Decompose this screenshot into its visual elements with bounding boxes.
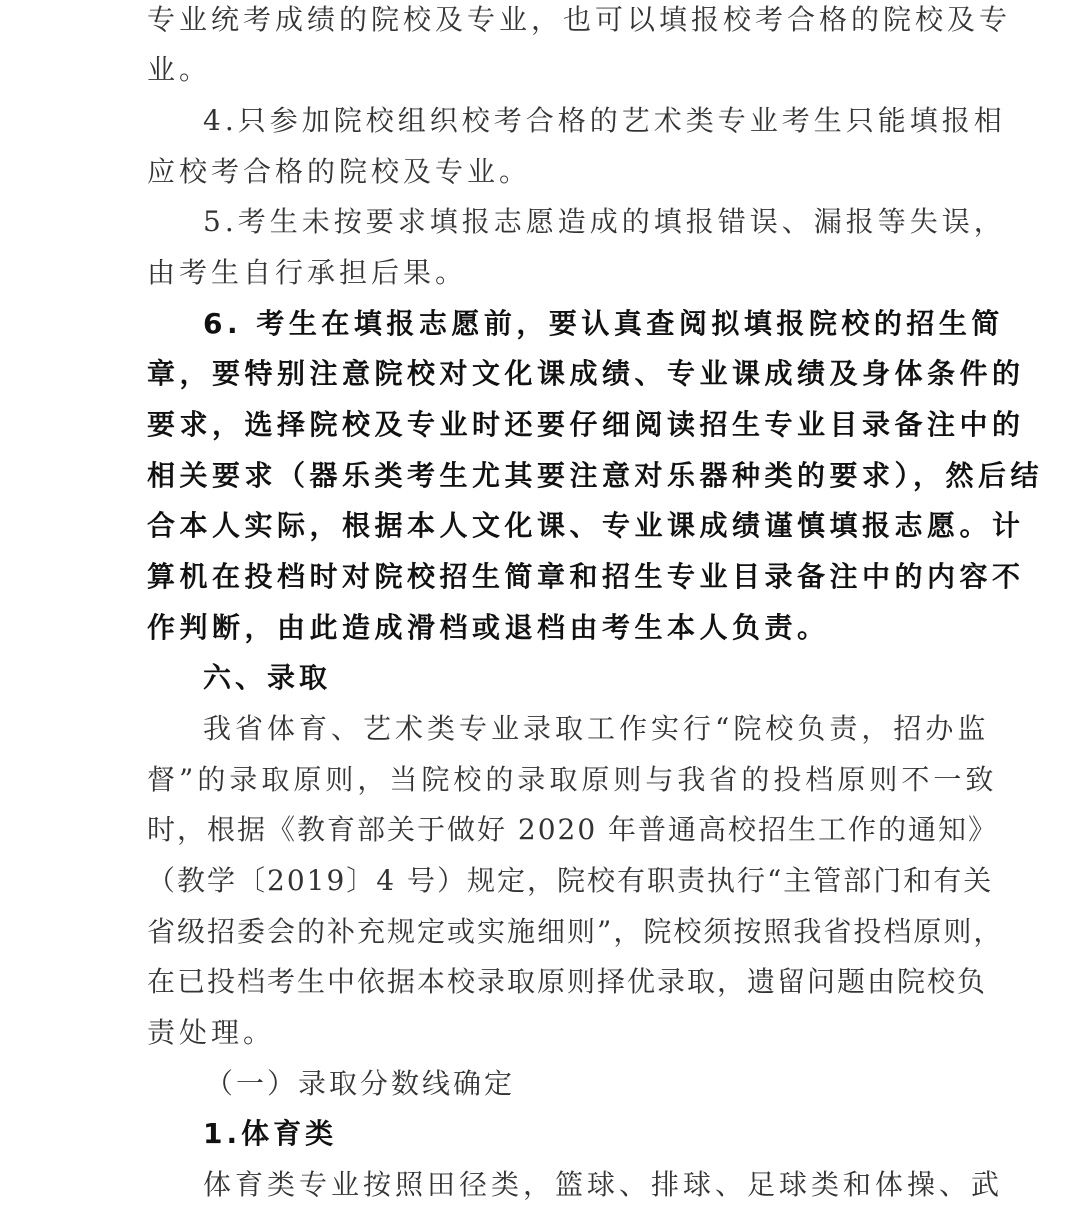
paragraph-line: 体育类专业按照田径类，篮球、排球、足球类和体操、武 — [203, 1165, 937, 1205]
bold-paragraph-line: 作判断，由此造成滑档或退档由考生本人负责。 — [147, 608, 937, 648]
paragraph-line: 由考生自行承担后果。 — [147, 253, 937, 293]
subsection-title: 1.体育类 — [203, 1114, 937, 1154]
paragraph-line: 应校考合格的院校及专业。 — [147, 152, 937, 192]
list-item-6-bold: 6. 考生在填报志愿前，要认真查阅拟填报院校的招生简 — [203, 304, 937, 344]
paragraph-line: 我省体育、艺术类专业录取工作实行“院校负责，招办监 — [203, 709, 937, 749]
bold-paragraph-line: 相关要求（器乐类考生尤其要注意对乐器种类的要求），然后结 — [147, 456, 937, 496]
paragraph-line: 在已投档考生中依据本校录取原则择优录取，遗留问题由院校负 — [147, 962, 937, 1002]
bold-paragraph-line: 合本人实际，根据本人文化课、专业课成绩谨慎填报志愿。计 — [147, 506, 937, 546]
bold-paragraph-line: 算机在投档时对院校招生简章和招生专业目录备注中的内容不 — [147, 557, 937, 597]
paragraph-line: 业。 — [147, 50, 937, 90]
paragraph-line: （教学〔2019〕4 号）规定，院校有职责执行“主管部门和有关 — [147, 861, 937, 901]
list-item-5: 5.考生未按要求填报志愿造成的填报错误、漏报等失误， — [203, 202, 937, 242]
section-heading: 六、录取 — [203, 658, 937, 698]
paragraph-line: 省级招委会的补充规定或实施细则”，院校须按照我省投档原则， — [147, 912, 937, 952]
paragraph-line: 责处理。 — [147, 1013, 937, 1053]
bold-paragraph-line: 要求，选择院校及专业时还要仔细阅读招生专业目录备注中的 — [147, 405, 937, 445]
subsection-heading: （一）录取分数线确定 — [205, 1064, 939, 1104]
paragraph-line: 专业统考成绩的院校及专业，也可以填报校考合格的院校及专 — [147, 0, 937, 40]
list-item-4: 4.只参加院校组织校考合格的艺术类专业考生只能填报相 — [203, 101, 937, 141]
paragraph-line: 时，根据《教育部关于做好 2020 年普通高校招生工作的通知》 — [147, 810, 937, 850]
paragraph-line: 督”的录取原则，当院校的录取原则与我省的投档原则不一致 — [147, 760, 937, 800]
bold-paragraph-line: 章，要特别注意院校对文化课成绩、专业课成绩及身体条件的 — [147, 354, 937, 394]
